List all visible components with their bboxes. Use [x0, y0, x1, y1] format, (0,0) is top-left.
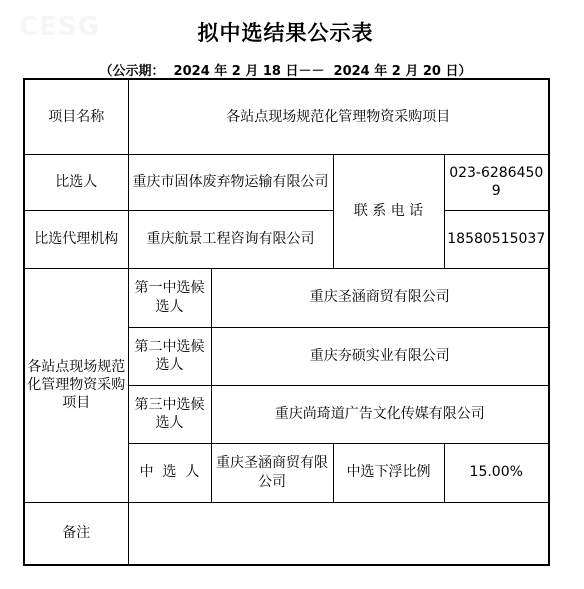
- winner-value: 重庆圣涵商贸有限公司: [211, 443, 333, 502]
- project-group-label: 各站点现场规范化管理物资采购项目: [24, 268, 128, 502]
- candidate-1-label: 第一中选候选人: [128, 268, 211, 327]
- bid-inviter-phone: 023-62864509: [444, 154, 549, 210]
- candidate-2-label: 第二中选候选人: [128, 327, 211, 385]
- document-page: CESG 拟中选结果公示表 （公示期： 2024 年 2 月 18 日－－ 20…: [0, 0, 584, 589]
- page-title: 拟中选结果公示表: [23, 17, 548, 47]
- bid-inviter-value: 重庆市固体废弃物运输有限公司: [128, 154, 333, 210]
- bid-inviter-label: 比选人: [24, 154, 128, 210]
- project-name-label: 项目名称: [24, 79, 128, 154]
- candidate-3-value: 重庆尚琦道广告文化传媒有限公司: [211, 385, 549, 443]
- contact-phone-label: 联 系 电 话: [333, 154, 444, 268]
- discount-value: 15.00%: [444, 443, 549, 502]
- candidate-1-value: 重庆圣涵商贸有限公司: [211, 268, 549, 327]
- candidate-2-value: 重庆夯硕实业有限公司: [211, 327, 549, 385]
- row-project-name: 项目名称 各站点现场规范化管理物资采购项目: [24, 79, 549, 154]
- publicity-period: （公示期： 2024 年 2 月 18 日－－ 2024 年 2 月 20 日）: [23, 60, 548, 79]
- bid-agency-phone: 18580515037: [444, 210, 549, 268]
- bid-agency-label: 比选代理机构: [24, 210, 128, 268]
- candidate-3-label: 第三中选候选人: [128, 385, 211, 443]
- project-name-value: 各站点现场规范化管理物资采购项目: [128, 79, 549, 154]
- row-candidate-1: 各站点现场规范化管理物资采购项目 第一中选候选人 重庆圣涵商贸有限公司: [24, 268, 549, 327]
- result-table: 项目名称 各站点现场规范化管理物资采购项目 比选人 重庆市固体废弃物运输有限公司…: [23, 78, 550, 566]
- remark-label: 备注: [24, 502, 128, 565]
- winner-label: 中 选 人: [128, 443, 211, 502]
- bid-agency-value: 重庆航景工程咨询有限公司: [128, 210, 333, 268]
- row-remark: 备注: [24, 502, 549, 565]
- discount-label: 中选下浮比例: [333, 443, 444, 502]
- remark-value: [128, 502, 549, 565]
- row-bid-agency: 比选代理机构 重庆航景工程咨询有限公司 18580515037: [24, 210, 549, 268]
- row-bid-inviter: 比选人 重庆市固体废弃物运输有限公司 联 系 电 话 023-62864509: [24, 154, 549, 210]
